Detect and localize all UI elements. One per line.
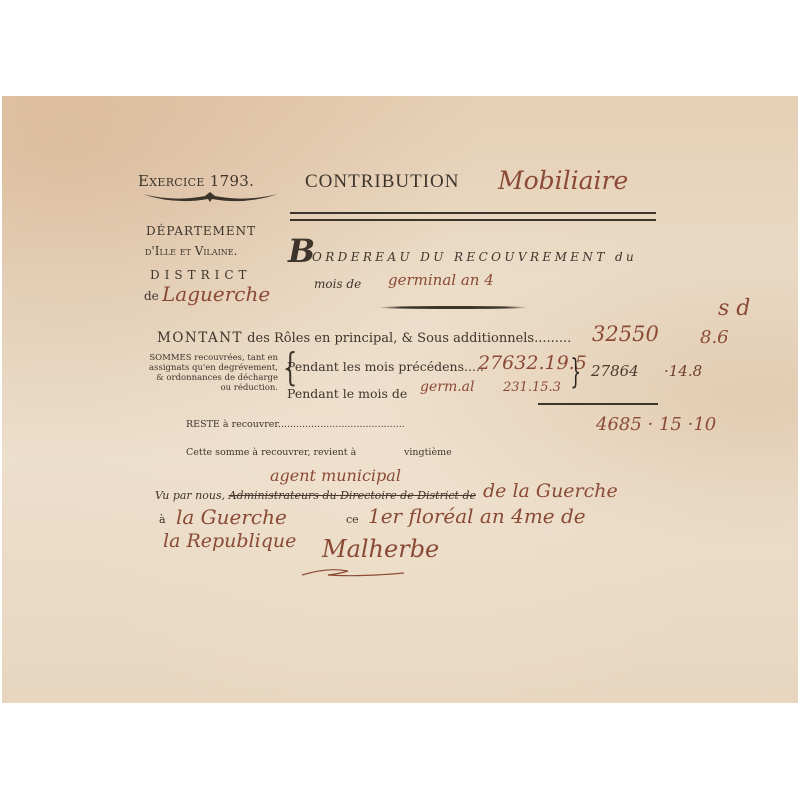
- a-label: à: [159, 513, 166, 526]
- district-handwritten: Laguerche: [162, 282, 270, 306]
- district-prefix: de: [144, 289, 159, 303]
- ce-label: ce: [346, 513, 359, 526]
- vu-par-label: Vu par nous,: [155, 489, 225, 502]
- title-text: ORDEREAU DU RECOUVREMENT du: [312, 250, 637, 264]
- signature: Malherbe: [322, 535, 439, 563]
- handwritten-brace-icon: }: [570, 352, 581, 392]
- sommes-total-sub: ·14.8: [664, 362, 702, 380]
- date-handwritten: 1er floréal an 4me de: [368, 504, 586, 528]
- montant-line: MONTANT des Rôles en principal, & Sous a…: [157, 330, 571, 346]
- exercice-label: Exercice 1793.: [138, 172, 254, 190]
- contribution-type-handwritten: Mobiliaire: [498, 166, 628, 195]
- montant-description: des Rôles en principal, & Sous additionn…: [243, 331, 571, 346]
- montant-value: 32550: [592, 322, 659, 346]
- montant-units: s d: [718, 296, 750, 321]
- pendant-mois-de-label: Pendant le mois de: [287, 386, 407, 401]
- sommes-description: SOMMES recouvrées, tant en assignats qu'…: [146, 353, 278, 393]
- montant-sous-deniers: 8.6: [700, 327, 729, 348]
- total-underline: [538, 403, 658, 405]
- double-rule-divider: [290, 212, 656, 221]
- pendant-mois-handwritten: germ.al: [420, 379, 475, 395]
- agent-municipal-handwritten: agent municipal: [270, 466, 401, 485]
- pendant-mois-precedens-label: Pendant les mois précédens.....: [287, 359, 484, 374]
- swash-ornament-icon: [140, 190, 280, 204]
- reste-value: 4685 · 15 ·10: [596, 414, 716, 435]
- lieu-handwritten: la Guerche: [176, 505, 287, 529]
- reste-label: RESTE à recouvrer.......................…: [186, 419, 405, 430]
- cette-somme-label: Cette somme à recouvrer, revient à: [186, 447, 356, 458]
- departement-label: DÉPARTEMENT: [146, 224, 256, 238]
- tapered-rule-divider: [378, 306, 528, 309]
- struck-administrateurs-text: Administrateurs du Directoire de Distric…: [229, 489, 476, 502]
- republique-handwritten: la Republique: [163, 530, 296, 552]
- sommes-total-value: 27864: [591, 362, 639, 380]
- mois-label: mois de: [314, 277, 361, 291]
- title-initial: B: [288, 232, 315, 270]
- vu-par-line: Vu par nous, Administrateurs du Directoi…: [155, 489, 476, 502]
- signature-flourish-icon: [298, 565, 408, 579]
- vingtieme-label: vingtième: [404, 447, 452, 458]
- de-la-guerche-handwritten: de la Guerche: [483, 480, 618, 502]
- mois-courant-value: 231.15.3: [503, 380, 561, 395]
- mois-handwritten: germinal an 4: [388, 271, 494, 289]
- departement-name: d'Ille et Vilaine.: [145, 244, 237, 258]
- contribution-title: CONTRIBUTION: [305, 171, 460, 193]
- district-label: DISTRICT: [150, 268, 252, 282]
- montant-label: MONTANT: [157, 330, 243, 346]
